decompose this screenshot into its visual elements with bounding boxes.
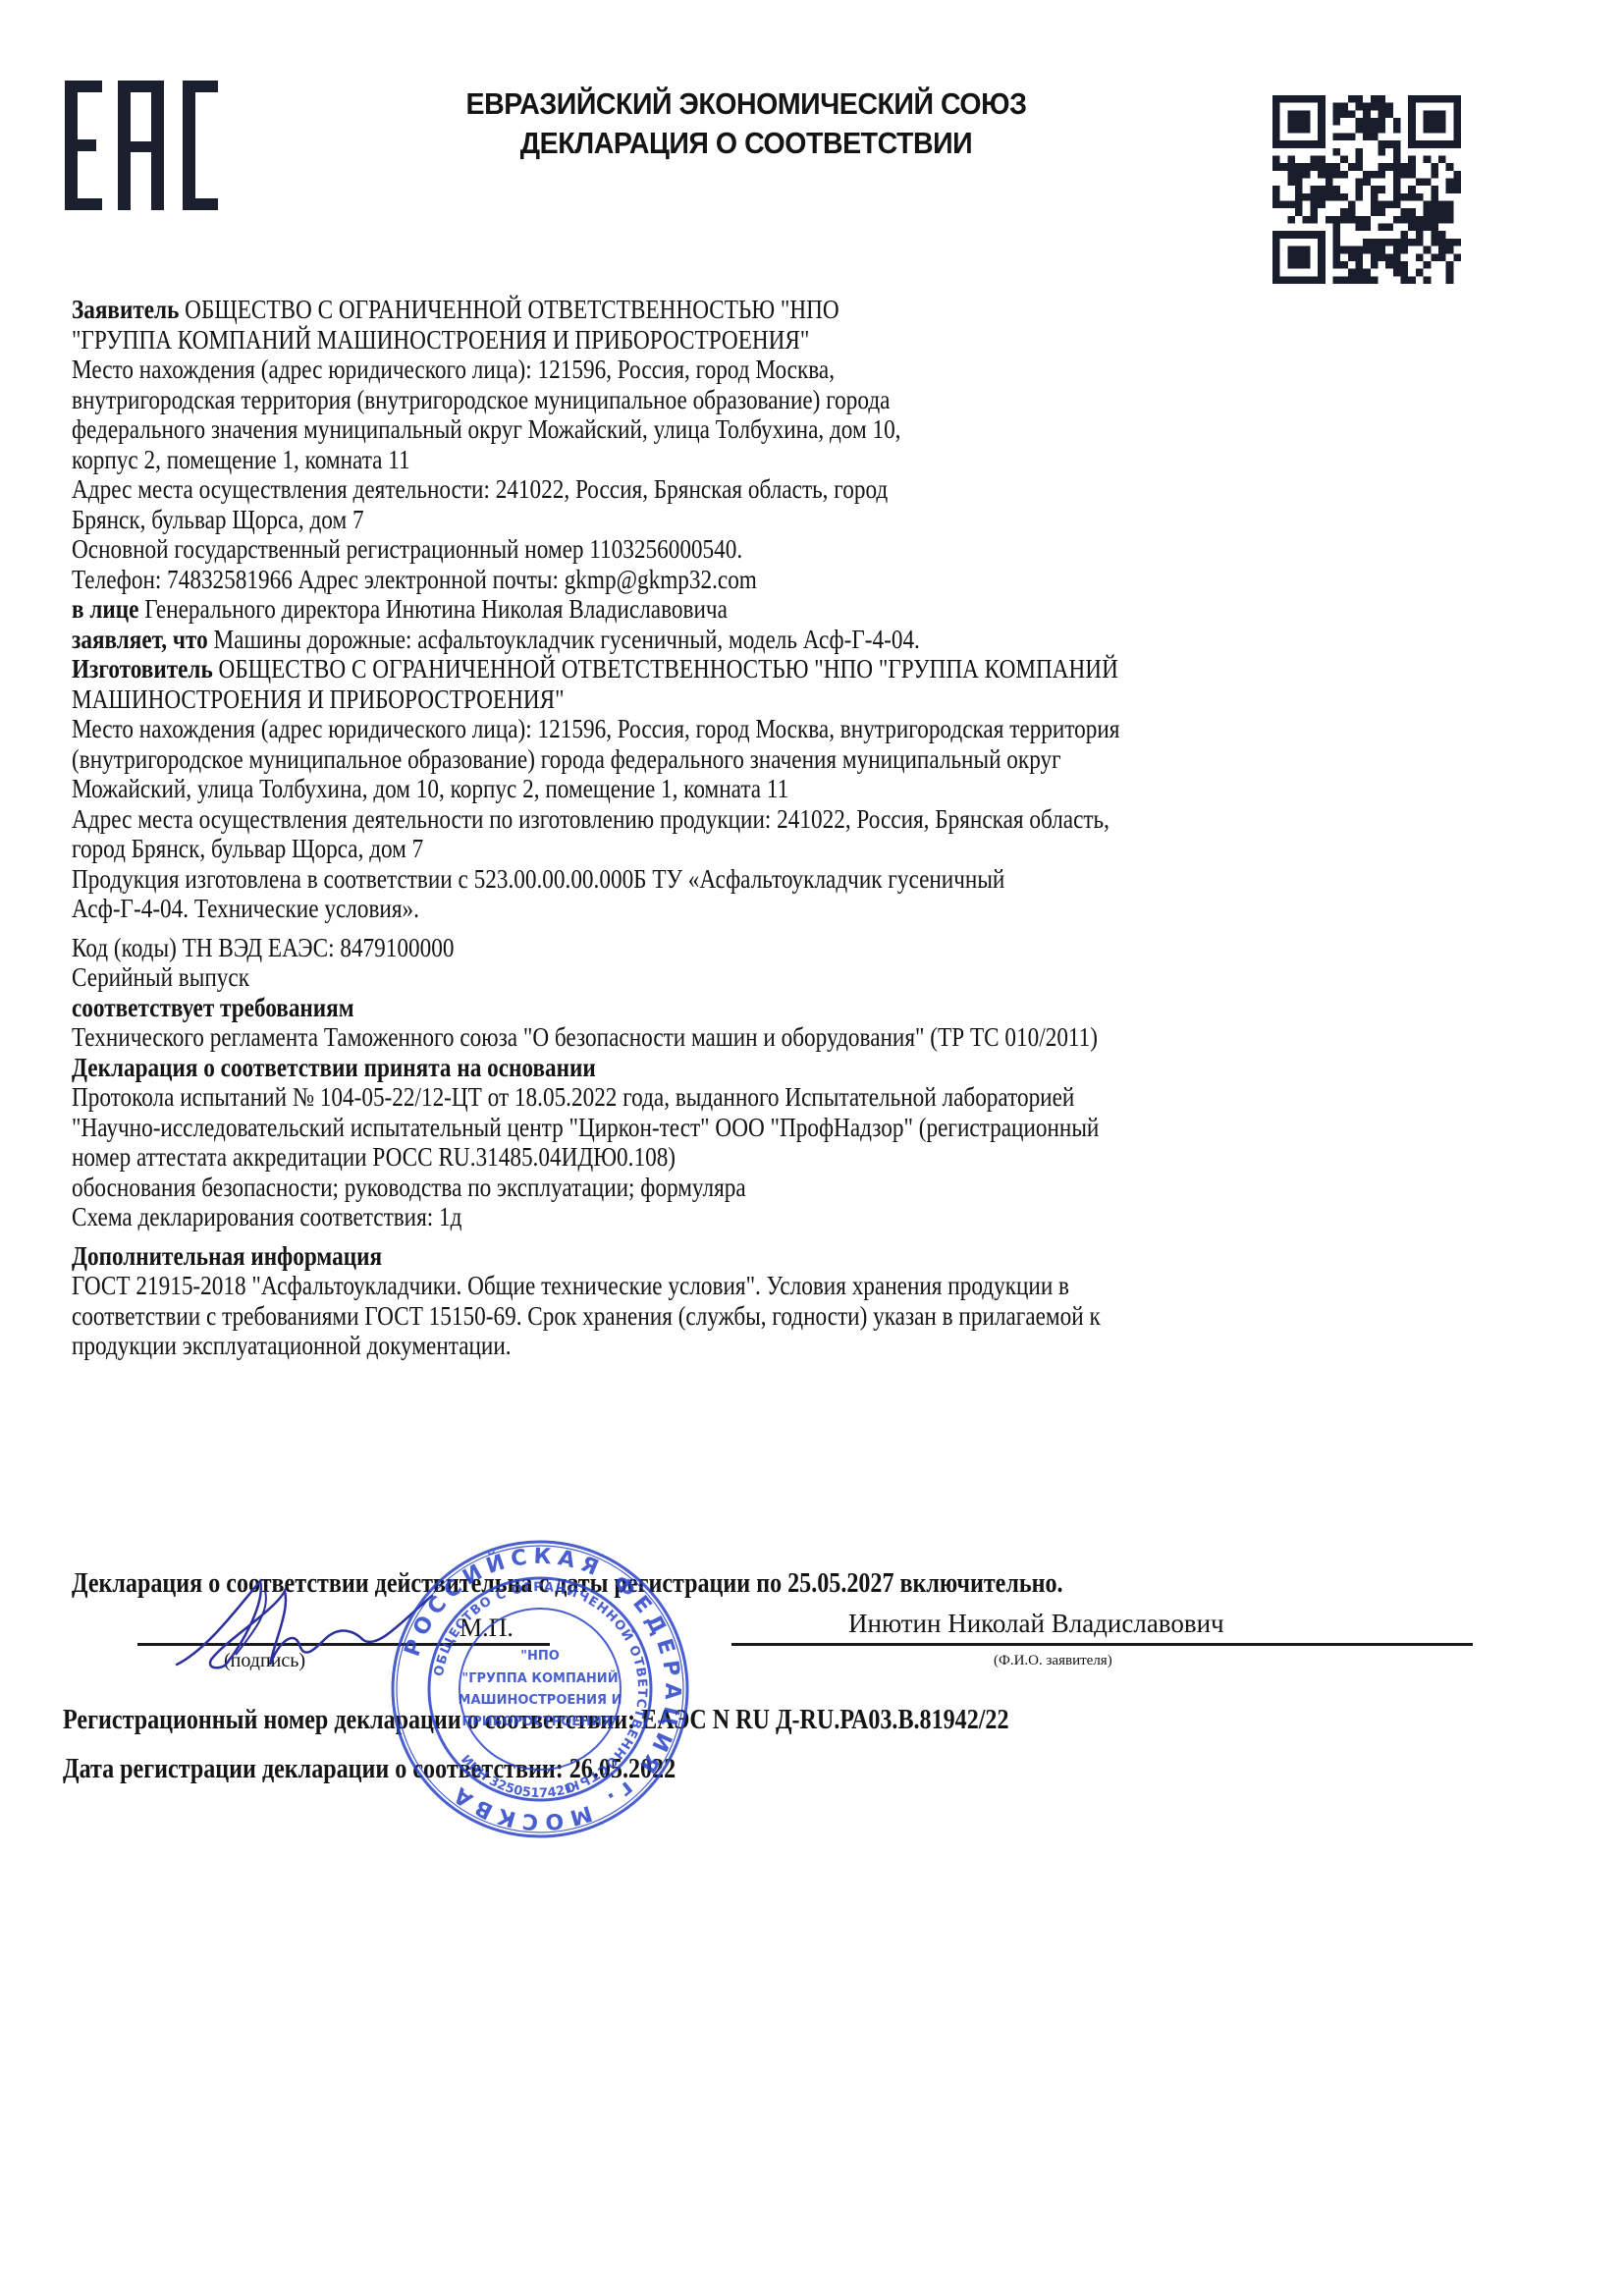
product-specification: Продукция изготовлена в соответствии с 5… (72, 864, 1338, 895)
compliance-heading: соответствует требованиям (72, 993, 1338, 1023)
manufacturer-line: Изготовитель ОБЩЕСТВО С ОГРАНИЧЕННОЙ ОТВ… (72, 654, 1338, 684)
test-protocol: Протокола испытаний № 104-05-22/12-ЦТ от… (72, 1082, 1338, 1113)
applicant-contacts: Телефон: 74832581966 Адрес электронной п… (72, 565, 1338, 595)
additional-info-heading: Дополнительная информация (72, 1241, 1338, 1272)
declaration-body: Заявитель ОБЩЕСТВО С ОГРАНИЧЕННОЙ ОТВЕТС… (72, 295, 1544, 1361)
applicant-address: Место нахождения (адрес юридического лиц… (72, 355, 1338, 385)
header-declaration-title: ДЕКЛАРАЦИЯ О СООТВЕТСТВИИ (357, 124, 1134, 163)
svg-text:"НПО: "НПО (520, 1649, 560, 1664)
document-header: ЕВРАЗИЙСКИЙ ЭКОНОМИЧЕСКИЙ СОЮЗ ДЕКЛАРАЦИ… (357, 84, 1134, 163)
signer-name: Инютин Николай Владиславович (848, 1609, 1224, 1639)
basis-heading: Декларация о соответствии принята на осн… (72, 1053, 1338, 1083)
applicant-label: Заявитель (72, 295, 179, 324)
eac-logo-icon (63, 79, 220, 212)
name-line (731, 1643, 1473, 1646)
applicant-ogrn: Основной государственный регистрационный… (72, 534, 1338, 565)
technical-regulation: Технического регламента Таможенного союз… (72, 1022, 1338, 1053)
applicant-line: Заявитель ОБЩЕСТВО С ОГРАНИЧЕННОЙ ОТВЕТС… (72, 295, 1338, 325)
hs-code: Код (коды) ТН ВЭД ЕАЭС: 8479100000 (72, 933, 1338, 963)
qr-code-icon (1269, 95, 1465, 284)
svg-text:МАШИНОСТРОЕНИЯ И: МАШИНОСТРОЕНИЯ И (459, 1693, 622, 1708)
represented-by: в лице Генерального директора Инютина Ни… (72, 594, 1338, 625)
svg-text:"ГРУППА КОМПАНИЙ: "ГРУППА КОМПАНИЙ (461, 1670, 618, 1686)
manufacturer-production-address: Адрес места осуществления деятельности п… (72, 804, 1338, 835)
signer-caption: (Ф.И.О. заявителя) (994, 1653, 1112, 1669)
svg-text:ПРИБОРОСТРОЕНИЯ": ПРИБОРОСТРОЕНИЯ" (461, 1715, 618, 1729)
supporting-documents: обоснования безопасности; руководства по… (72, 1173, 1338, 1203)
additional-info: ГОСТ 21915-2018 "Асфальтоукладчики. Общи… (72, 1271, 1338, 1301)
applicant-name: "ГРУППА КОМПАНИЙ МАШИНОСТРОЕНИЯ И ПРИБОР… (72, 325, 1338, 355)
applicant-activity-address: Адрес места осуществления деятельности: … (72, 474, 1338, 505)
manufacturer-label: Изготовитель (72, 654, 213, 683)
declaration-scheme: Схема декларирования соответствия: 1д (72, 1202, 1338, 1232)
declares-product: заявляет, что Машины дорожные: асфальтоу… (72, 625, 1338, 655)
company-stamp-icon: РОССИЙСКАЯ ФЕДЕРАЦИЯ г. МОСКВА ОБЩЕСТВО … (388, 1537, 692, 1841)
release-type: Серийный выпуск (72, 962, 1338, 993)
header-union-title: ЕВРАЗИЙСКИЙ ЭКОНОМИЧЕСКИЙ СОЮЗ (357, 84, 1134, 124)
manufacturer-address: Место нахождения (адрес юридического лиц… (72, 714, 1338, 744)
